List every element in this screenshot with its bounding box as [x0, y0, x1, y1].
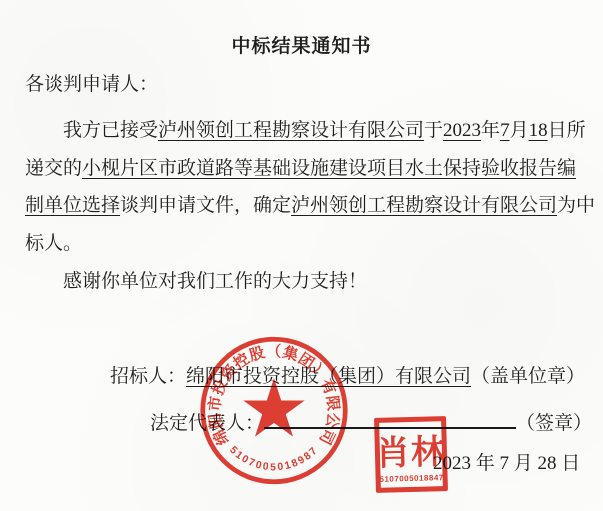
body-paragraph: 我方已接受泸州领创工程勘察设计有限公司于2023年7月18日所递交的小枧片区市政… — [25, 112, 603, 263]
plain-text: 为中 — [557, 195, 595, 216]
underlined-text: 7 — [500, 120, 510, 141]
body-line: 标人。 — [25, 225, 603, 263]
document-title: 中标结果通知书 — [0, 31, 603, 58]
underlined-text: 2023 — [443, 120, 481, 141]
underlined-text: 小枧片区市政道路等基础设施建设项目水土保持验收报告编 — [82, 158, 576, 179]
seal-serial-text: 5107005018987 — [227, 445, 321, 474]
bidder-suffix: （盖单位章） — [471, 366, 585, 387]
notice-document: 中标结果通知书 各谈判申请人： 我方已接受泸州领创工程勘察设计有限公司于2023… — [0, 0, 603, 511]
thanks-line: 感谢你单位对我们工作的大力支持！ — [25, 263, 603, 301]
body-line: 我方已接受泸州领创工程勘察设计有限公司于2023年7月18日所 — [25, 112, 603, 150]
body-text: 我方已接受泸州领创工程勘察设计有限公司于2023年7月18日所递交的小枧片区市政… — [25, 112, 603, 301]
star-icon — [243, 378, 304, 436]
official-round-seal-stamp: 绵阳市投资控股（集团）有限公司 5107005018987 — [198, 333, 350, 488]
bidder-label: 招标人： — [110, 366, 186, 387]
underlined-text: 制单位选择 — [25, 195, 120, 216]
plain-text: 于 — [424, 120, 443, 141]
name-seal-serial: 5107005018847 — [379, 473, 444, 485]
underlined-text: 18 — [529, 120, 548, 141]
svg-text:5107005018987: 5107005018987 — [227, 445, 321, 474]
plain-text: 月 — [510, 120, 529, 141]
underlined-text: 泸州领创工程勘察设计有限公司 — [158, 120, 424, 141]
body-line: 递交的小枧片区市政道路等基础设施建设项目水土保持验收报告编 — [25, 150, 603, 188]
plain-text: 标人。 — [25, 233, 82, 254]
plain-text: 谈判申请文件，确定 — [120, 195, 291, 216]
legal-rep-suffix: （签章） — [516, 413, 592, 434]
name-seal-stamp: 肖林 5107005018847 — [374, 416, 448, 493]
name-seal-text: 肖林 — [375, 433, 446, 475]
plain-text: 年 — [481, 120, 500, 141]
date-line: 2023 年 7 月 28 日 — [433, 452, 580, 476]
plain-text: 我方已接受 — [63, 120, 158, 141]
underlined-text: 泸州领创工程勘察设计有限公司 — [291, 195, 557, 216]
body-line: 制单位选择谈判申请文件，确定泸州领创工程勘察设计有限公司为中 — [25, 187, 603, 225]
plain-text: 日所 — [548, 120, 586, 141]
salutation: 各谈判申请人： — [25, 73, 158, 97]
plain-text: 递交的 — [25, 158, 82, 179]
